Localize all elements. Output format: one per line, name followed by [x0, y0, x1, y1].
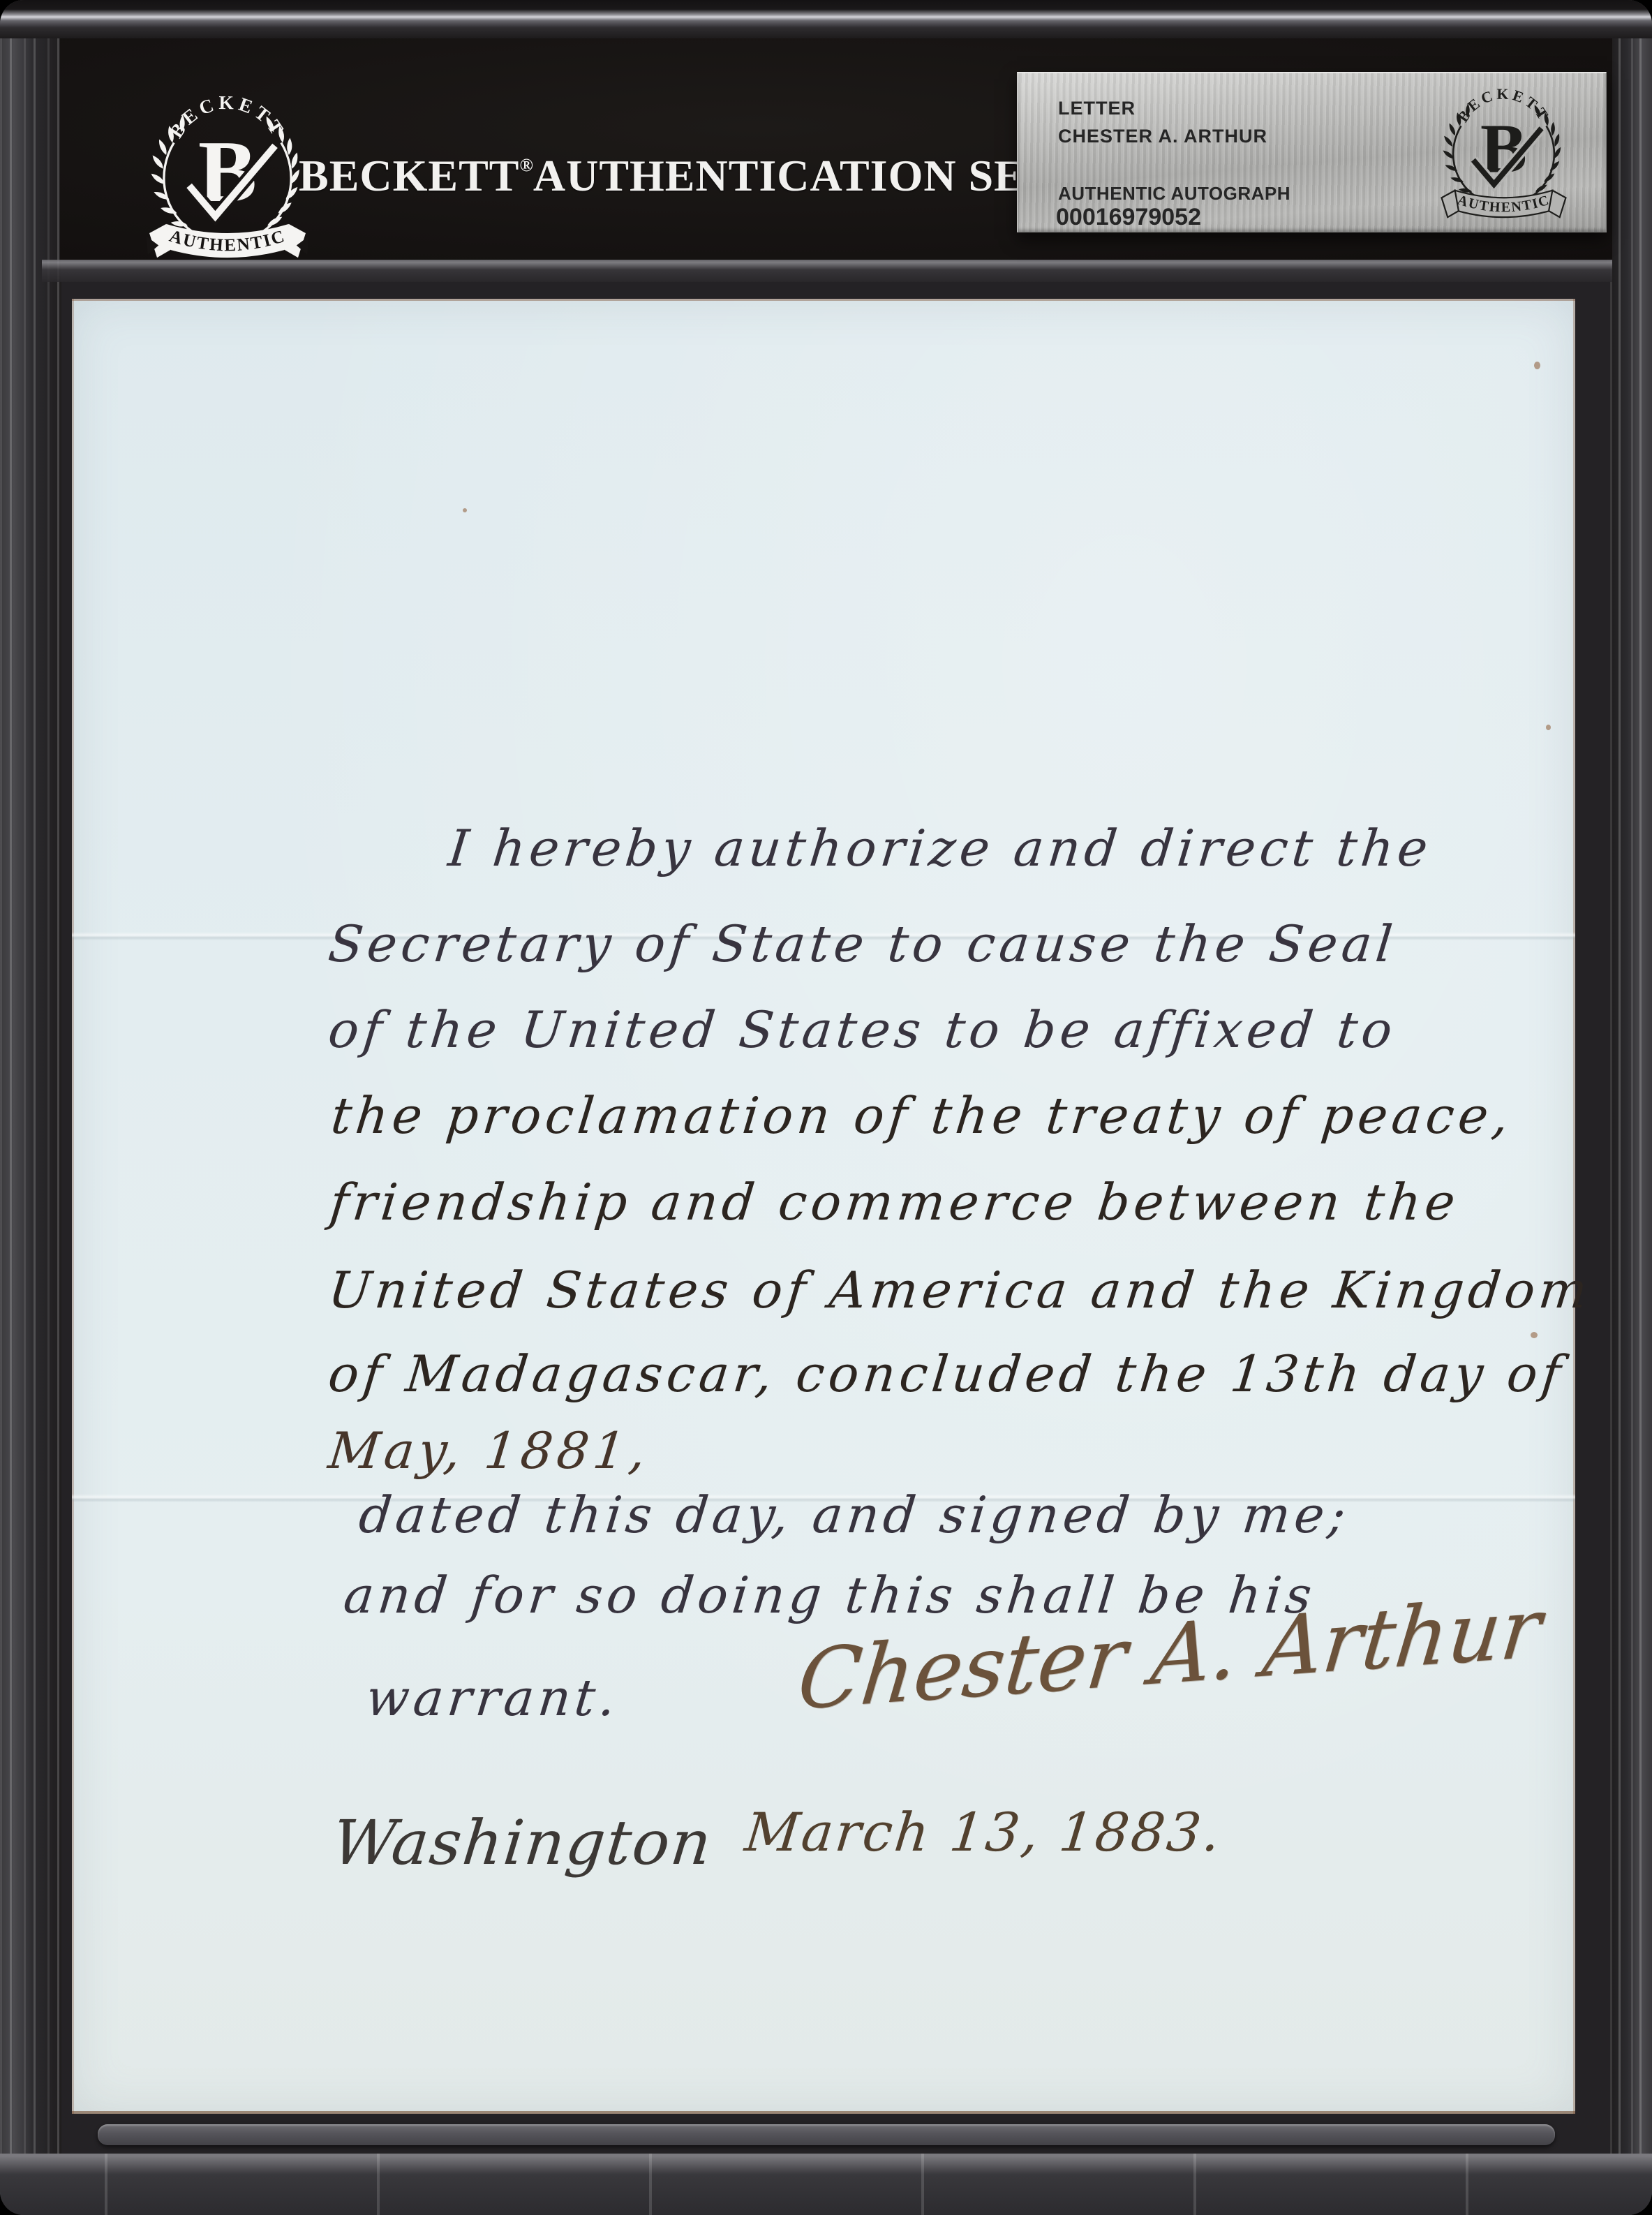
case-seam [42, 260, 1612, 282]
logo-banner: AUTHENTIC [147, 224, 309, 258]
handwritten-line: United States of America and the Kingdom [326, 1261, 1594, 1319]
paper-speck [463, 508, 467, 512]
letter-paper: I hereby authorize and direct the Secret… [72, 299, 1575, 2114]
label-cert-number: 00016979052 [1056, 204, 1201, 231]
label-subject: CHESTER A. ARTHUR [1058, 126, 1267, 147]
handwritten-line: May, 1881, [326, 1421, 653, 1480]
label-item-type: LETTER [1058, 98, 1136, 119]
beckett-authentic-logo-black: BECKETT B AUTHENTIC [1418, 80, 1589, 223]
handwritten-line: the proclamation of the treaty of peace, [329, 1086, 1516, 1145]
case-slot-bar [98, 2124, 1555, 2145]
paper-speck [1546, 725, 1551, 730]
beckett-authentic-logo-white: BECKETT B AUTHENTIC [140, 84, 315, 265]
slab-bottom-edge [0, 2154, 1652, 2215]
brand-text: BECKETT [299, 151, 519, 200]
date-script: March 13, 1883. [742, 1801, 1225, 1863]
screenshot: BECKETT B AUTHENTIC BE [0, 0, 1652, 2215]
slab-case: BECKETT B AUTHENTIC BE [0, 0, 1652, 2215]
handwritten-line: of Madagascar, concluded the 13th day of [326, 1344, 1568, 1403]
logo-banner: AUTHENTIC [1442, 191, 1566, 217]
slab-right-edge [1610, 0, 1652, 2215]
paper-speck [1531, 1332, 1538, 1338]
cert-label: LETTER CHESTER A. ARTHUR AUTHENTIC AUTOG… [1017, 72, 1607, 232]
handwritten-line: I hereby authorize and direct the [446, 819, 1435, 877]
header-title: BECKETT®AUTHENTICATION SERVICES [299, 150, 1101, 202]
label-certification: AUTHENTIC AUTOGRAPH [1058, 183, 1290, 205]
handwritten-line: dated this day, and signed by me; [357, 1486, 1353, 1544]
paper-speck [1534, 362, 1540, 369]
registered-mark: ® [519, 155, 533, 175]
handwritten-line: friendship and commerce between the [327, 1173, 1462, 1231]
slab-top-edge [0, 0, 1652, 38]
slab-left-edge [0, 0, 61, 2215]
handwritten-line: of the United States to be affixed to [326, 1000, 1399, 1059]
handwritten-line: Secretary of State to cause the Seal [326, 914, 1399, 973]
handwritten-line: warrant. [364, 1668, 623, 1727]
place-script: Washington [329, 1807, 716, 1879]
